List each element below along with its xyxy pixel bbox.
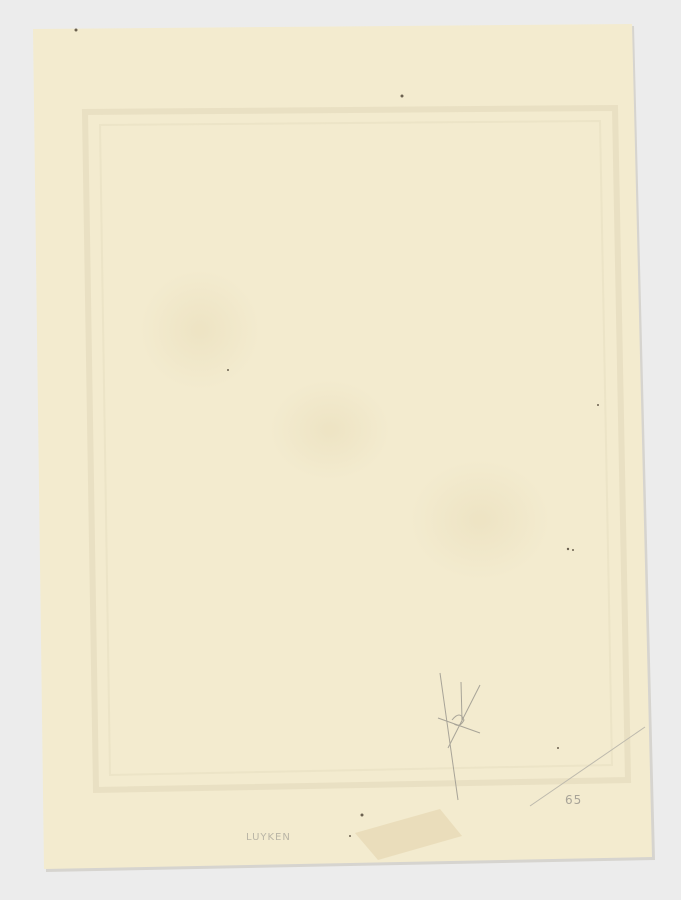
pencil-name-annotation: LUYKEN [246,832,291,843]
photo-scene [0,0,681,900]
pencil-number-annotation: 65 [565,793,582,807]
